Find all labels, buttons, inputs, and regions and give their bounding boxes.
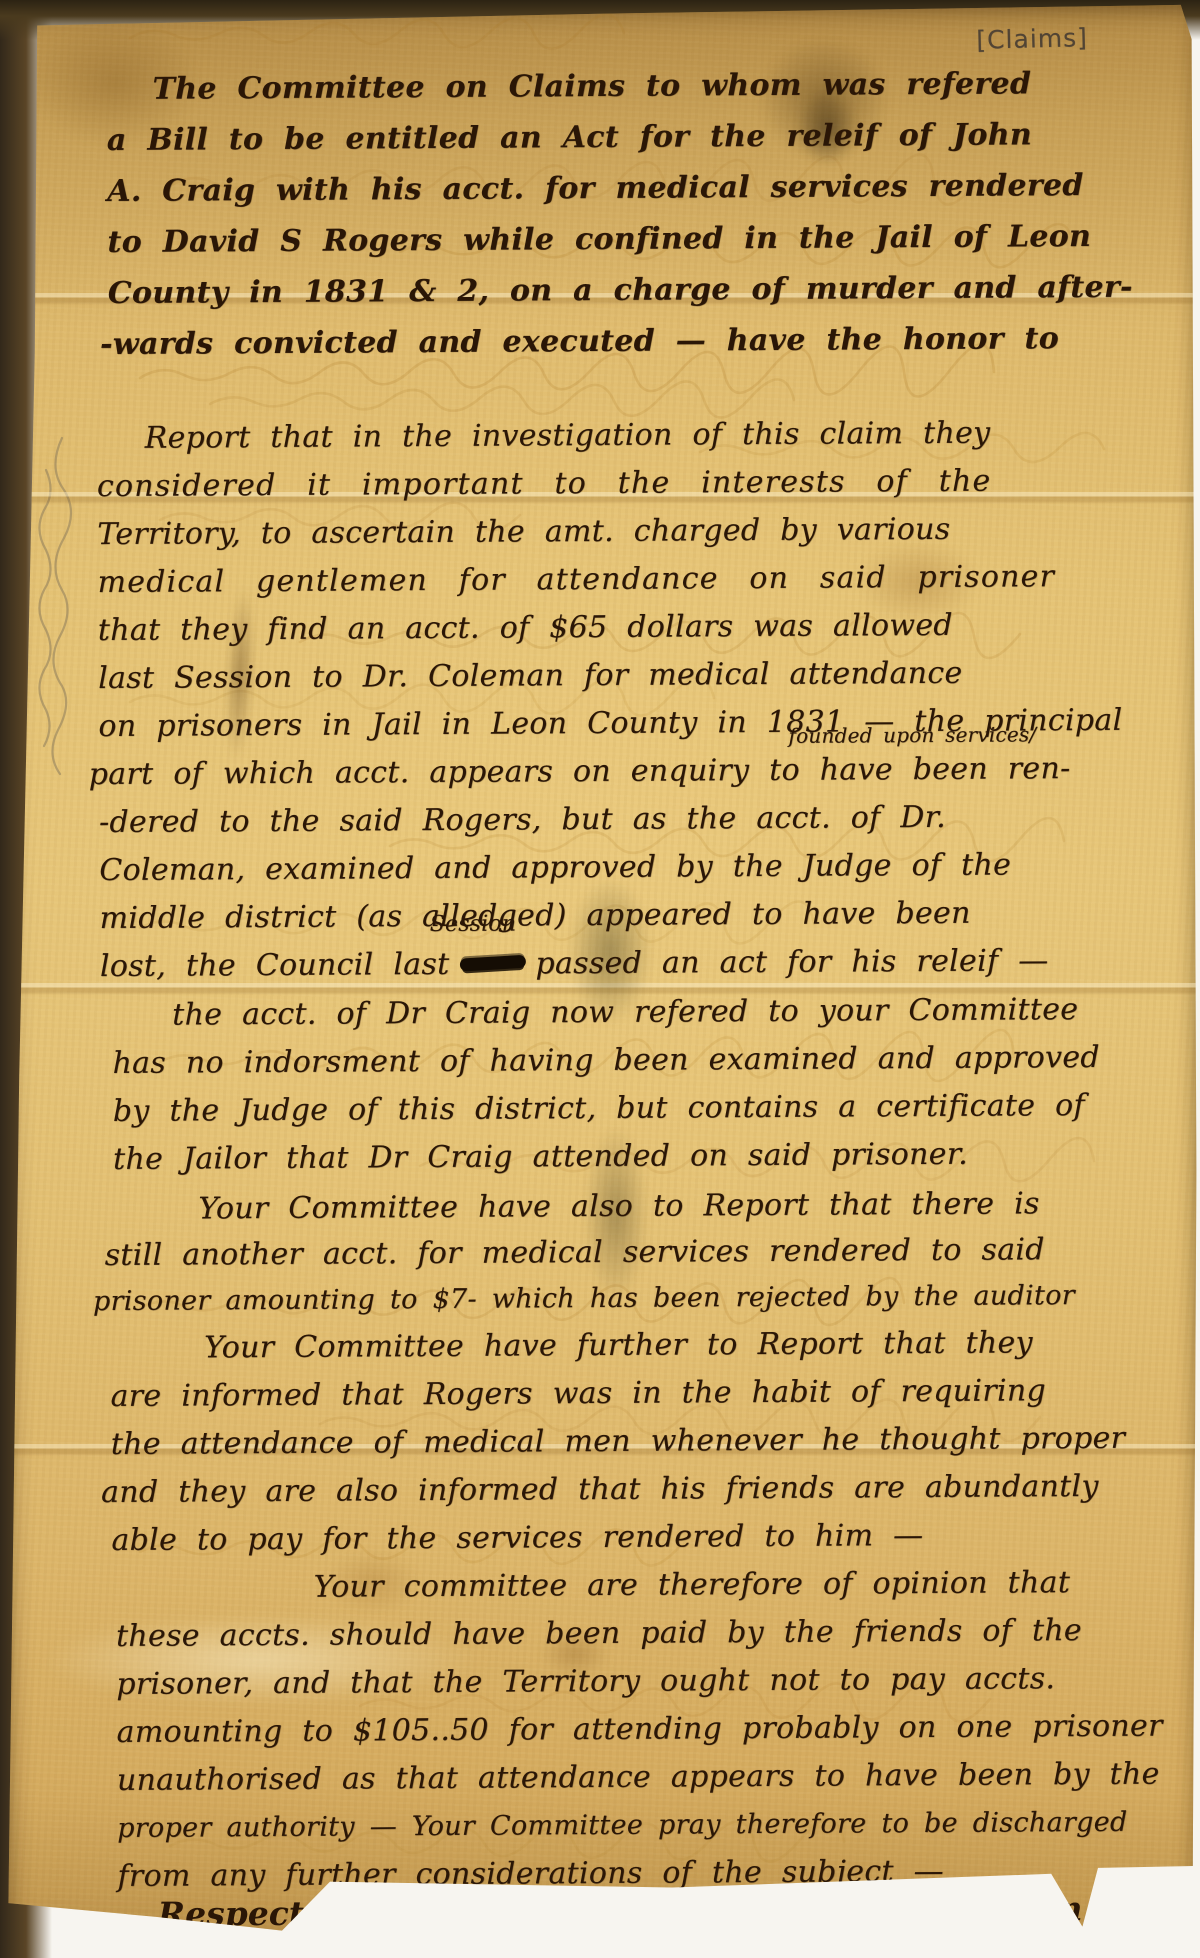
paragraph-3: the acct. of Dr Craig now refered to you… bbox=[112, 986, 1100, 1184]
text-line: A. Craig with his acct. for medical serv… bbox=[107, 160, 1132, 217]
text-line: the attendance of medical men whenever h… bbox=[111, 1415, 1126, 1469]
text-line-post: passed an act for his releif — bbox=[535, 943, 1048, 981]
interlineation-founded-upon-services: founded upon services/ bbox=[788, 724, 1036, 746]
text-line: able to pay for the services rendered to… bbox=[111, 1511, 1126, 1565]
text-line: Report that in the investigation of this… bbox=[145, 409, 1121, 463]
text-line-pre: lost, the Council last bbox=[100, 947, 450, 984]
paragraph-4: Your Committee have also to Report that … bbox=[104, 1181, 1075, 1325]
text-line: County in 1831 & 2, on a charge of murde… bbox=[108, 262, 1133, 319]
text-line: a Bill to be entitled an Act for the rel… bbox=[107, 109, 1132, 166]
text-line: amounting to $105..50 for attending prob… bbox=[116, 1703, 1162, 1757]
text-line: middle district (as alledged) appeared t… bbox=[99, 889, 1123, 943]
document-paper: [Claims] The Committee on Claims to whom… bbox=[0, 0, 1200, 1958]
text-line: prisoner, and that the Territory ought n… bbox=[116, 1655, 1162, 1709]
signature-closing: Respectfully Submitted bbox=[158, 1892, 591, 1934]
claims-annotation: [Claims] bbox=[976, 23, 1088, 55]
text-line: Coleman, examined and approved by the Ju… bbox=[99, 841, 1123, 895]
text-line: prisoner amounting to $7- which has been… bbox=[93, 1273, 1075, 1325]
text-line: still another acct. for medical services… bbox=[105, 1227, 1075, 1279]
text-line: these accts. should have been paid by th… bbox=[116, 1607, 1162, 1661]
text-line: that they find an acct. of $65 dollars w… bbox=[98, 601, 1122, 655]
text-line: to David S Rogers while confined in the … bbox=[107, 211, 1132, 268]
text-line: -dered to the said Rogers, but as the ac… bbox=[99, 793, 1123, 847]
paragraph-6: Your committee are therefore of opinion … bbox=[116, 1559, 1164, 1901]
text-line: has no indorsment of having been examine… bbox=[112, 1034, 1100, 1088]
text-line-main: part of which acct. appears on enquiry t… bbox=[89, 751, 1071, 792]
text-line: last Session to Dr. Coleman for medical … bbox=[98, 649, 1122, 703]
text-line: part of which acct. appears on enquiry t… bbox=[89, 745, 1123, 799]
text-line: are informed that Rogers was in the habi… bbox=[110, 1367, 1125, 1421]
text-line: The Committee on Claims to whom was refe… bbox=[152, 58, 1131, 115]
text-line: Your committee are therefore of opinion … bbox=[314, 1559, 1162, 1612]
text-line: by the Judge of this district, but conta… bbox=[113, 1082, 1101, 1136]
text-line: considered it important to the interests… bbox=[97, 457, 1121, 511]
signature-line: Respectfully SubmittedJames Riz — Chairm… bbox=[158, 1889, 1083, 1934]
text-line: Territory, to ascertain the amt. charged… bbox=[97, 505, 1121, 559]
scan-background: { "annotation": { "claims_label": "[Clai… bbox=[0, 0, 1200, 1958]
paragraph-2: Report that in the investigation of this… bbox=[97, 409, 1124, 991]
text-line: Your Committee have further to Report th… bbox=[204, 1319, 1125, 1373]
interlineation-session: Session bbox=[430, 915, 517, 936]
paragraph-1: The Committee on Claims to whom was refe… bbox=[106, 58, 1133, 370]
text-line: proper authority — Your Committee pray t… bbox=[117, 1799, 1163, 1853]
text-line: from any further considerations of the s… bbox=[117, 1847, 1163, 1901]
signature-name: James Riz — Chairman bbox=[663, 1889, 1083, 1931]
text-line: the Jailor that Dr Craig attended on sai… bbox=[113, 1130, 1101, 1184]
handwritten-text: [Claims] The Committee on Claims to whom… bbox=[0, 0, 1200, 1958]
struck-out-word bbox=[459, 955, 526, 972]
text-line: and they are also informed that his frie… bbox=[101, 1463, 1126, 1517]
text-line: lost, the Council lastpassed an act for … bbox=[100, 937, 1124, 991]
text-line: the acct. of Dr Craig now refered to you… bbox=[172, 986, 1100, 1040]
paragraph-5: Your Committee have further to Report th… bbox=[110, 1319, 1126, 1565]
text-line: medical gentlemen for attendance on said… bbox=[97, 553, 1121, 607]
text-line: Your Committee have also to Report that … bbox=[198, 1181, 1074, 1232]
text-line: -wards convicted and executed — have the… bbox=[100, 313, 1133, 370]
text-line: unauthorised as that attendance appears … bbox=[117, 1751, 1163, 1805]
